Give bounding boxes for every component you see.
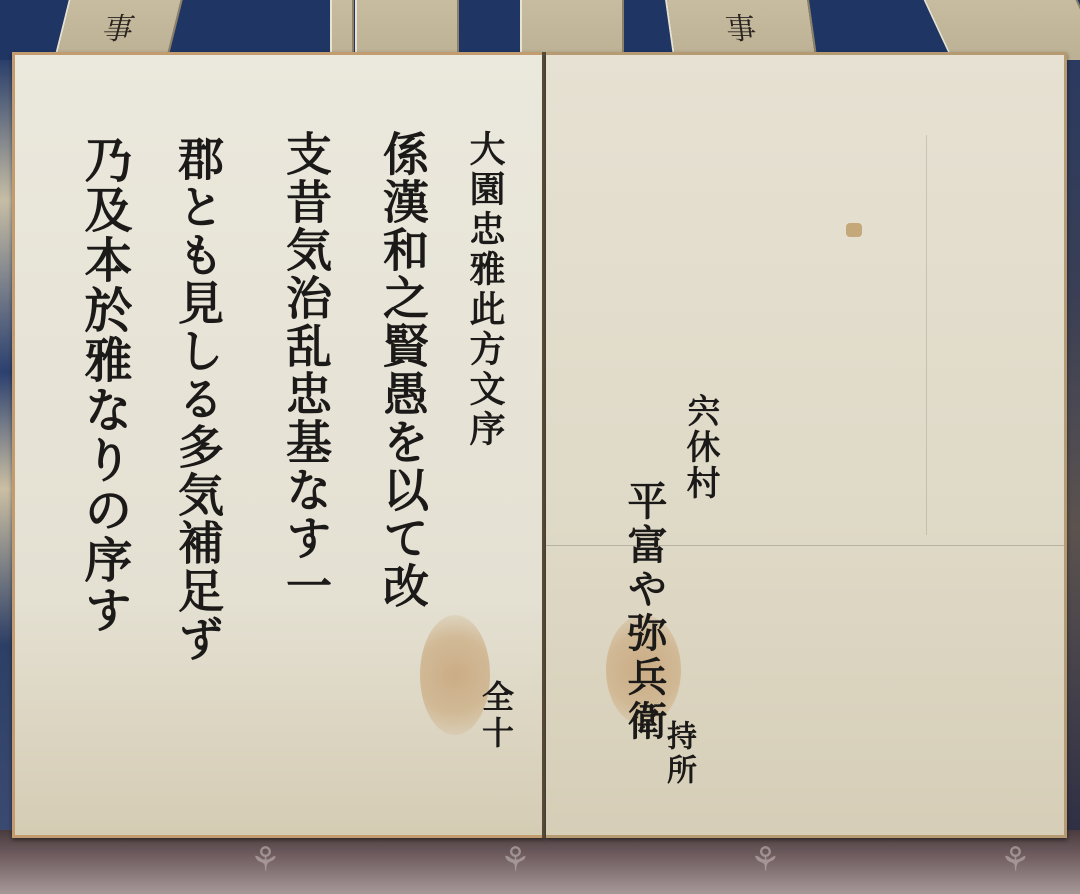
owner-suffix-column: 持所 [656,720,700,788]
sprig-pattern-icon: ⚘ [750,840,780,880]
paper-crease [926,135,927,535]
text-column: 郡とも見しる多気補足ず [165,135,231,663]
volume-mark: 全十 [473,680,519,752]
village-name-column: 宍休村 [676,393,725,501]
fan-strip-glyph: 事 [723,4,759,48]
sprig-pattern-icon: ⚘ [500,840,530,880]
text-column: 係漢和之賢愚を以て改 [370,130,436,610]
text-column: 乃及本於雅なりの序す [70,135,139,635]
fan-strip-glyph: 事 [99,4,140,48]
sprig-pattern-icon: ⚘ [1000,840,1030,880]
title-column: 大園忠雅此方文序 [460,130,511,450]
left-page: 大園忠雅此方文序 係漢和之賢愚を以て改 支昔気治乱忠基なす一 郡とも見しる多気補… [12,52,545,838]
text-column: 支昔気治乱忠基なす一 [273,130,339,610]
right-page: 宍休村 平富や弥兵衛 持所 [546,52,1067,838]
sprig-pattern-icon: ⚘ [250,840,280,880]
paper-spot [846,223,862,237]
open-book: 大園忠雅此方文序 係漢和之賢愚を以て改 支昔気治乱忠基なす一 郡とも見しる多気補… [12,52,1066,838]
table-cloth-bottom: ⚘ ⚘ ⚘ ⚘ [0,830,1080,894]
owner-name-column: 平富や弥兵衛 [616,480,673,744]
